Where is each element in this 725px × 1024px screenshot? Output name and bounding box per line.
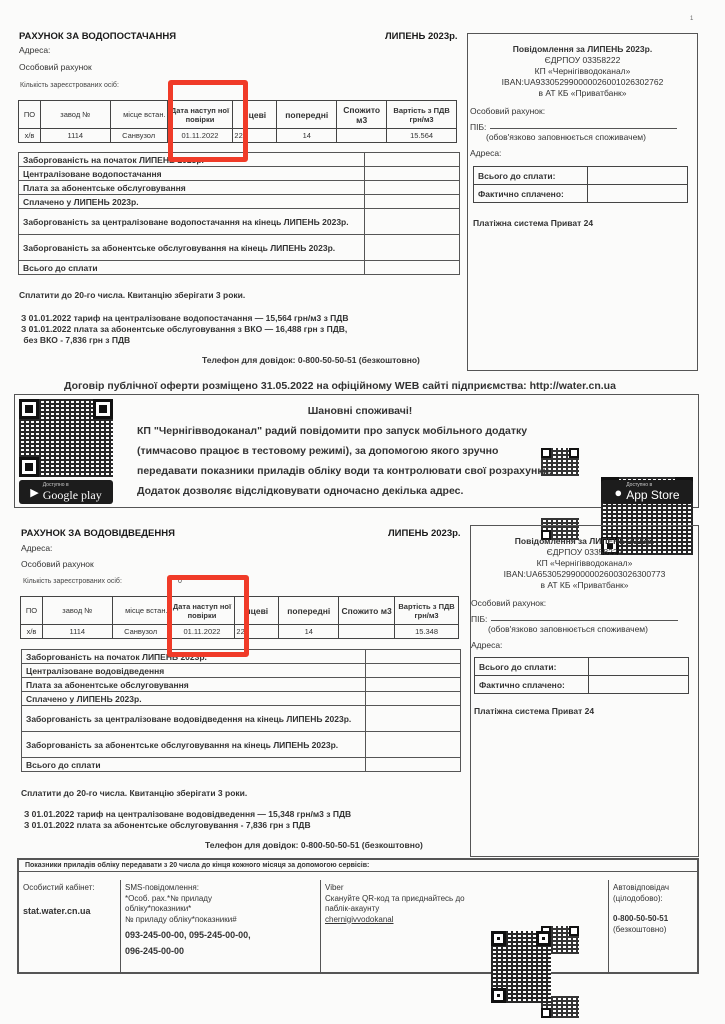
summary-label: Плата за абонентське обслуговування — [22, 678, 366, 692]
cabinet-link[interactable]: stat.water.cn.ua — [23, 906, 116, 917]
summary-value — [365, 261, 460, 275]
notice-name-row: ПІБ: — [470, 122, 697, 132]
services-autoresponder-cell: Автовідповідач (цілодобово): 0-800-50-50… — [609, 880, 697, 972]
bill-title: РАХУНОК ЗА ВОДОВІДВЕДЕННЯ — [21, 528, 175, 539]
summary-row: Плата за абонентське обслуговування — [22, 678, 461, 692]
sms-format: *Особ. рах.*№ приладу обліку*показники* — [125, 894, 245, 915]
summary-value — [366, 706, 461, 732]
payment-table: Всього до сплати: Фактично сплачено: — [474, 657, 689, 694]
summary-row: Заборгованість за абонентське обслуговув… — [22, 732, 461, 758]
highlight-box — [168, 80, 248, 162]
total-field[interactable] — [588, 167, 688, 185]
services-cabinet-cell: Особистий кабінет: stat.water.cn.ua — [19, 880, 121, 972]
summary-label: Заборгованість за абонентське обслуговув… — [22, 732, 366, 758]
services-viber-cell: Viber Скануйте QR-код та приєднайтесь до… — [321, 880, 609, 972]
pay-system-label: Платіжна система Приват 24 — [473, 218, 697, 228]
summary-label: Всього до сплати — [19, 261, 365, 275]
paid-field[interactable] — [589, 676, 689, 694]
meter-cell: 14 — [277, 129, 337, 143]
summary-label: Сплачено у ЛИПЕНЬ 2023р. — [22, 692, 366, 706]
summary-label: Заборгованість за централізоване водовід… — [22, 706, 366, 732]
cabinet-label: Особистий кабінет: — [23, 883, 116, 894]
notice-company: КП «Чернігівводоканал» — [471, 558, 698, 569]
summary-table: Заборгованість на початок ЛИПЕНЬ 2023р. … — [18, 152, 460, 275]
paid-field[interactable] — [588, 185, 688, 203]
meter-header: попередні — [277, 101, 337, 129]
notice-bank: в АТ КБ «Приватбанк» — [468, 88, 697, 99]
notice-account-label: Особовий рахунок: — [470, 106, 697, 116]
summary-value — [366, 732, 461, 758]
google-play-label: Google play — [43, 488, 102, 502]
meter-cell: х/в — [21, 625, 43, 639]
pay-note: Сплатити до 20-го числа. Квитанцію збері… — [19, 290, 245, 301]
summary-label: Централізоване водопостачання — [19, 167, 365, 181]
meter-header: Вартість з ПДВ грн/м3 — [395, 597, 459, 625]
name-input[interactable] — [491, 614, 678, 621]
phone-line: Телефон для довідок: 0-800-50-50-51 (без… — [202, 355, 420, 366]
tariff-line: З 01.01.2022 тариф на централізоване вод… — [24, 809, 351, 820]
services-sms-cell: SMS-повідомлення: *Особ. рах.*№ приладу … — [121, 880, 321, 972]
summary-table: Заборгованість на початок ЛИПЕНЬ 2023р. … — [21, 649, 461, 772]
summary-row: Заборгованість за централізоване водопос… — [19, 209, 460, 235]
auto-label: Автовідповідач (цілодобово): — [613, 883, 693, 904]
meter-cell: Санвузол — [110, 129, 167, 143]
summary-value — [365, 167, 460, 181]
meter-header: Спожито м3 — [337, 101, 387, 129]
offer-line: Договір публічної оферти розміщено 31.05… — [64, 380, 616, 392]
summary-value — [365, 235, 460, 261]
summary-label: Заборгованість за централізоване водопос… — [19, 209, 365, 235]
banner-line: передавати показники приладів обліку вод… — [125, 465, 595, 477]
app-banner: ▶ Доступно вGoogle play Шановні споживач… — [14, 394, 699, 508]
apple-icon: ● — [614, 485, 622, 500]
paid-label: Фактично сплачено: — [474, 185, 588, 203]
meter-cell — [339, 625, 395, 639]
summary-row: Сплачено у ЛИПЕНЬ 2023р. — [19, 195, 460, 209]
notice-heading: Повідомлення за ЛИПЕНЬ 2023р. — [471, 536, 698, 547]
services-table: Показники приладів обліку передавати з 2… — [17, 858, 699, 974]
meter-cell: 1114 — [40, 129, 110, 143]
app-store-badge[interactable]: ● Доступно вApp Store — [601, 480, 693, 504]
summary-value — [366, 650, 461, 664]
meter-header: Спожито м3 — [339, 597, 395, 625]
page-number: 1 — [690, 16, 693, 22]
tariff-line: З 01.01.2022 тариф на централізоване вод… — [21, 313, 349, 324]
notice-name-label: ПІБ: — [470, 122, 486, 132]
viber-account-link[interactable]: chernigivvodokanal — [325, 915, 604, 926]
google-play-badge[interactable]: ▶ Доступно вGoogle play — [19, 480, 113, 504]
pay-system-label: Платіжна система Приват 24 — [474, 706, 698, 716]
notice-address-label: Адреса: — [471, 640, 698, 650]
banner-greeting: Шановні споживачі! — [125, 405, 595, 417]
summary-value — [366, 692, 461, 706]
persons-label: Кількість зареєстрованих осіб: — [20, 82, 119, 89]
notice-name-hint: (обов'язково заповнюється споживачем) — [486, 132, 697, 142]
viber-text: Скануйте QR-код та приєднайтесь до паблі… — [325, 894, 475, 915]
notice-name-label: ПІБ: — [471, 614, 487, 624]
meter-header: ПО — [19, 101, 41, 129]
banner-line: Додаток дозволяє відслідковувати одночас… — [125, 485, 595, 497]
pay-note: Сплатити до 20-го числа. Квитанцію збері… — [21, 788, 247, 799]
auto-phone: 0-800-50-50-51 — [613, 914, 693, 925]
summary-row: Всього до сплати — [22, 758, 461, 772]
supply-notice: Повідомлення за ЛИПЕНЬ 2023р. ЄДРПОУ 033… — [467, 33, 698, 371]
summary-label: Заборгованість за абонентське обслуговув… — [19, 235, 365, 261]
app-store-label: App Store — [626, 488, 679, 502]
banner-text: Шановні споживачі! КП "Чернігівводоканал… — [125, 395, 595, 497]
notice-account-label: Особовий рахунок: — [471, 598, 698, 608]
meter-cell: 1114 — [42, 625, 112, 639]
notice-company: КП «Чернігівводоканал» — [468, 66, 697, 77]
summary-row: Плата за абонентське обслуговування — [19, 181, 460, 195]
viber-label: Viber — [325, 883, 604, 894]
notice-bank: в АТ КБ «Приватбанк» — [471, 580, 698, 591]
auto-free: (безкоштовно) — [613, 925, 693, 936]
account-label: Особовий рахунок — [19, 62, 92, 72]
address-label: Адреса: — [19, 45, 50, 55]
total-label: Всього до сплати: — [475, 658, 589, 676]
payment-table: Всього до сплати: Фактично сплачено: — [473, 166, 688, 203]
banner-line: (тимчасово працює в тестовому режимі), з… — [125, 445, 595, 457]
meter-header: попередні — [279, 597, 339, 625]
meter-header: завод № — [42, 597, 112, 625]
meter-cell: 14 — [279, 625, 339, 639]
meter-header: місце встан. — [110, 101, 167, 129]
summary-row: Сплачено у ЛИПЕНЬ 2023р. — [22, 692, 461, 706]
notice-iban: IBAN:UA653052990000026003026300773 — [471, 569, 698, 580]
phone-line: Телефон для довідок: 0-800-50-50-51 (без… — [205, 840, 423, 851]
notice-name-hint: (обов'язково заповнюється споживачем) — [488, 624, 698, 634]
summary-value — [366, 758, 461, 772]
paid-label: Фактично сплачено: — [475, 676, 589, 694]
viber-qr-icon[interactable] — [491, 931, 551, 1003]
notice-iban: IBAN:UA933052990000026001026302762 — [468, 77, 697, 88]
highlight-box — [167, 575, 249, 657]
total-label: Всього до сплати: — [474, 167, 588, 185]
services-header: Показники приладів обліку передавати з 2… — [19, 860, 697, 872]
summary-label: Всього до сплати — [22, 758, 366, 772]
summary-row: Заборгованість за централізоване водовід… — [22, 706, 461, 732]
summary-row: Централізоване водовідведення — [22, 664, 461, 678]
summary-value — [365, 195, 460, 209]
notice-edrpou: ЄДРПОУ 03358222 — [468, 55, 697, 66]
meter-cell: х/в — [19, 129, 41, 143]
bill-month: ЛИПЕНЬ 2023р. — [385, 31, 458, 42]
account-label: Особовий рахунок — [21, 559, 94, 569]
total-field[interactable] — [589, 658, 689, 676]
notice-name-row: ПІБ: — [471, 614, 698, 624]
tariff-line: З 01.01.2022 плата за абонентське обслуг… — [24, 820, 311, 831]
summary-value — [365, 181, 460, 195]
meter-header: завод № — [40, 101, 110, 129]
meter-cell — [337, 129, 387, 143]
google-play-qr-icon[interactable] — [19, 399, 113, 477]
bill-month: ЛИПЕНЬ 2023р. — [388, 528, 461, 539]
summary-value — [365, 209, 460, 235]
summary-label: Плата за абонентське обслуговування — [19, 181, 365, 195]
notice-heading: Повідомлення за ЛИПЕНЬ 2023р. — [468, 44, 697, 55]
meter-header: ПО — [21, 597, 43, 625]
play-icon: ▶ — [30, 486, 38, 499]
summary-row: Централізоване водопостачання — [19, 167, 460, 181]
meter-cell: Санвузол — [112, 625, 169, 639]
summary-row: Заборгованість за абонентське обслуговув… — [19, 235, 460, 261]
meter-header: Вартість з ПДВ грн/м3 — [387, 101, 457, 129]
summary-value — [366, 664, 461, 678]
summary-row: Всього до сплати — [19, 261, 460, 275]
notice-address-label: Адреса: — [470, 148, 697, 158]
summary-value — [365, 153, 460, 167]
bill-title: РАХУНОК ЗА ВОДОПОСТАЧАННЯ — [19, 31, 176, 42]
sms-numbers: 096-245-00-00 — [125, 946, 316, 957]
meter-cell: 15.564 — [387, 129, 457, 143]
sms-label: SMS-повідомлення: — [125, 883, 316, 894]
tariff-line: без ВКО - 7,836 грн з ПДВ — [21, 335, 130, 346]
meter-cell: 15.348 — [395, 625, 459, 639]
persons-label: Кількість зареєстрованих осіб: — [23, 578, 122, 585]
tariff-line: З 01.01.2022 плата за абонентське обслуг… — [21, 324, 347, 335]
sms-format: № приладу обліку*показники# — [125, 915, 316, 926]
banner-line: КП "Чернігівводоканал" радий повідомити … — [125, 425, 595, 437]
name-input[interactable] — [490, 122, 677, 129]
summary-label: Централізоване водовідведення — [22, 664, 366, 678]
address-label: Адреса: — [21, 543, 52, 553]
meter-header: місце встан. — [112, 597, 169, 625]
sms-numbers: 093-245-00-00, 095-245-00-00, — [125, 930, 316, 941]
notice-edrpou: ЄДРПОУ 03358222 — [471, 547, 698, 558]
summary-label: Сплачено у ЛИПЕНЬ 2023р. — [19, 195, 365, 209]
drain-notice: Повідомлення за ЛИПЕНЬ 2023р. ЄДРПОУ 033… — [470, 525, 699, 857]
summary-value — [366, 678, 461, 692]
